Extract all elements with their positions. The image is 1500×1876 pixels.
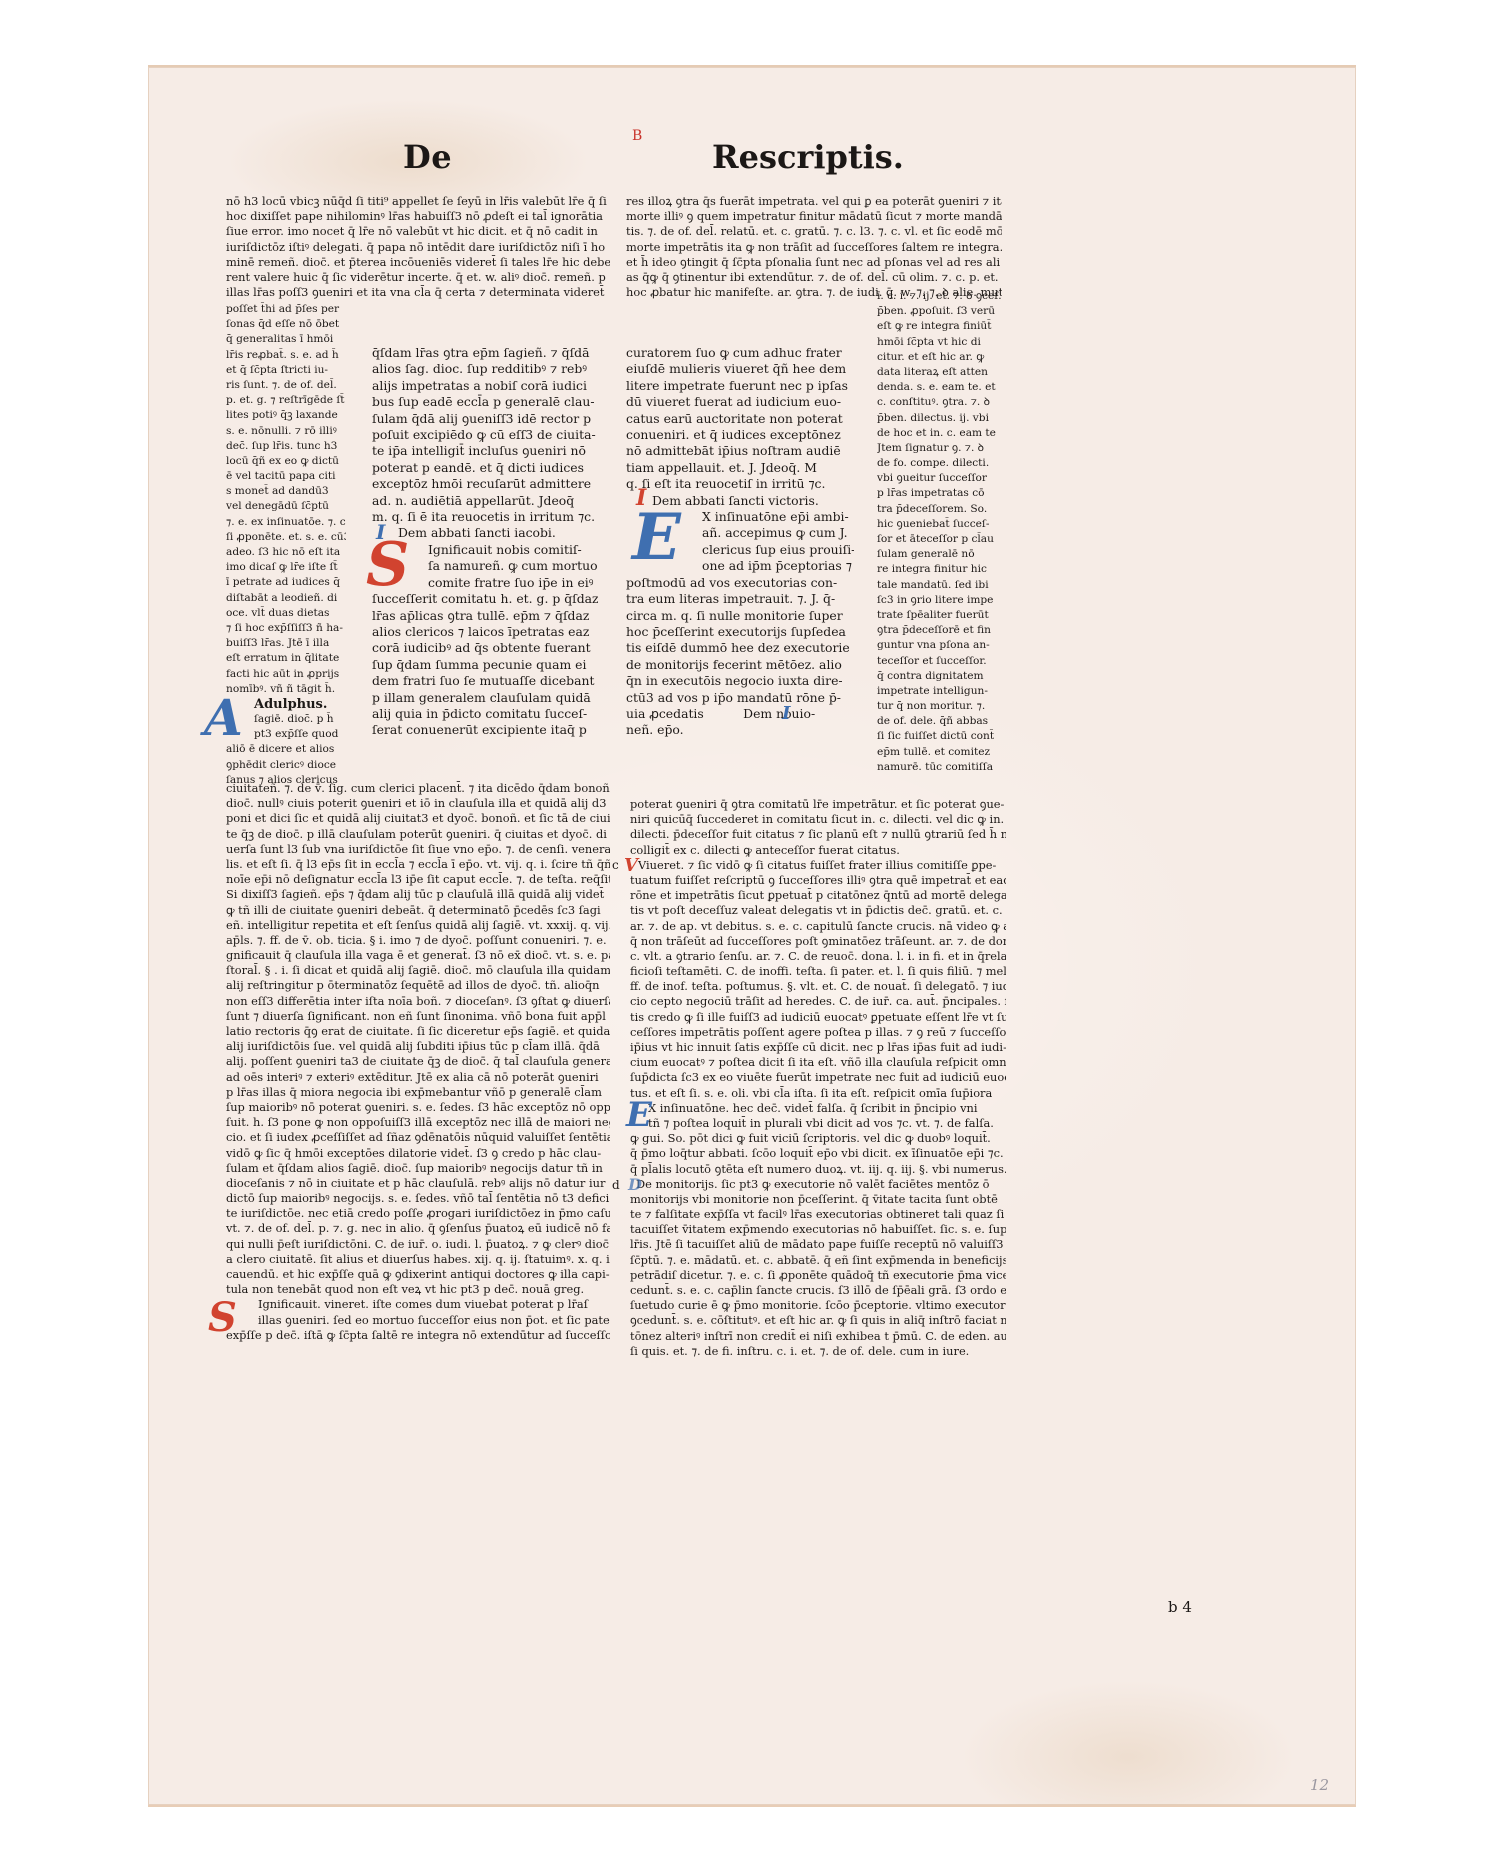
gloss-line: ad oēs interiꝰ ⁊ exteriꝰ extēditur. Jtē … xyxy=(226,1070,610,1085)
gloss-line: et q̄ ſc̄pta ſtricti iu- xyxy=(226,363,346,378)
rubricated-paragraph-mark: B xyxy=(632,128,642,144)
gloss-line: hmōi ſc̄pta vt hic di xyxy=(877,335,1007,350)
text-line: q. ſi eſt ita reuocetiſ in irritū ⁊c. xyxy=(626,476,854,492)
gloss-line: te q̄ꝫ de dioc̄. p illā clauſulam poterū… xyxy=(226,827,610,842)
gloss-line: ip̄ius vt hic innuit ſatis exp̄ſſe cū di… xyxy=(630,1040,1006,1055)
gloss-line: p. et. g. ⁊ reſtrīgēde ſt̄ xyxy=(226,393,346,408)
gloss-line: te ⁊ falſitate exp̄ſſa vt facilꝰ lr̄as e… xyxy=(630,1207,1006,1222)
initial-v-red: V xyxy=(624,855,638,876)
gloss-line: gnificauit q̄ clauſula illa vaga ē et ge… xyxy=(226,948,610,963)
gloss-line: impetrate intelligun- xyxy=(877,684,1007,699)
gloss-line: noīe ep̄i nō deſignatur eccl̄a l3 ip̄e ſ… xyxy=(226,872,610,887)
initial-d-blue: D xyxy=(628,1175,642,1194)
gloss-line: alij. poſſent ꝯueniri ta3 de ciuitate q̄… xyxy=(226,1054,610,1069)
gloss-line: lis. et eſt ſi. q̄ l3 ep̄s ſit in eccl̄a… xyxy=(226,857,610,872)
running-title-left: De xyxy=(403,138,452,176)
gloss-line: dioc̄. nullꝰ ciuis poterit ꝯueniri et iō… xyxy=(226,796,610,811)
text-line: nō admittebāt ip̄ius noſtram audiē xyxy=(626,443,854,459)
gloss-line: ī petrate ad iudices q̄ xyxy=(226,575,346,590)
gloss-line: a clero ciuitatē. ſit alius et diuerſus … xyxy=(226,1252,610,1267)
gloss-right-narrow: ī. c. i. ⁊. ij. et. ⁊. ꝺ ꝯceſ. p̄ben. ꝓp… xyxy=(877,289,1007,775)
gloss-line: ⁊. e. ex inſinuatōe. ⁊. c xyxy=(226,515,346,530)
gloss-line: ſuit. h. ſ3 pone ꝙ non oppoſuiſſ3 illā e… xyxy=(226,1115,610,1130)
text-line: catus earū auctoritate non poterat xyxy=(626,411,854,427)
gloss-line: hic ꝯueniebat̄ ſucceſ- xyxy=(877,517,1007,532)
gloss-line: re integra finitur hic xyxy=(877,562,1007,577)
gloss-line: hoc dixiſſet pape nihilominꝰ lr̄as habui… xyxy=(226,209,610,224)
gloss-line: tis. ⁊. de of. del̄. relatū. et. c. grat… xyxy=(626,224,1002,239)
gloss-bottom-left: ciuitateñ. ⁊. de v̄. ſig. cum clerici pl… xyxy=(226,781,610,1343)
gloss-lemma: Viueret. ⁊ ſic vidō ꝙ ſi citatus fuiſſet… xyxy=(630,858,1006,873)
gloss-line: c. conſtituꝰ. ꝯtra. ⁊. ꝺ xyxy=(877,395,1007,410)
gloss-line: facti hic aūt in ꝓprijs xyxy=(226,667,346,682)
margin-marker-d: d xyxy=(612,1178,620,1192)
text-line: ſulam q̄dā alij ꝯueniſſ3 idē rector p xyxy=(372,411,598,427)
gloss-line: trate ſpēaliter fuerūt xyxy=(877,608,1007,623)
gloss-left-narrow: poſſet t̄hi ad p̄ſes per ſonas q̄d eſſe … xyxy=(226,302,346,788)
gloss-line: ꝯtra p̄deceſſorē et fin xyxy=(877,623,1007,638)
gloss-line: morte impetrātis ita ꝙ non trāſit ad ſuc… xyxy=(626,240,1002,255)
gloss-line: ſi ꝓponēte. et. s. e. cū3 xyxy=(226,530,346,545)
gloss-line: monitorijs vbi monitorie non p̄ceſſerint… xyxy=(630,1192,1006,1207)
gloss-line: lr̄is. Jtē ſi tacuiſſet aliū de mādato p… xyxy=(630,1237,1006,1252)
gloss-line: ar. ⁊. de ap. vt debitus. s. e. c. capit… xyxy=(630,919,1006,934)
gloss-line: nō h3 locū vbicꝫ nūq̄d ſi titi⁹ appellet… xyxy=(226,194,610,209)
gloss-line: ē vel tacitū papa citi xyxy=(226,469,346,484)
text-line: ctū3 ad vos p ip̄o mandatū rōne p̄- xyxy=(626,690,854,706)
gloss-line: ſor et āteceſſor p cl̄au xyxy=(877,532,1007,547)
text-line: tis eiſdē dummō hee dez executorie xyxy=(626,640,854,656)
text-line: poſtmodū ad vos executorias con- xyxy=(626,575,854,591)
initial-e-blue: E xyxy=(632,500,681,575)
text-line: tiam appellauit. et. J. Jdeoq̄. M xyxy=(626,460,854,476)
gloss-line: ciuitateñ. ⁊. de v̄. ſig. cum clerici pl… xyxy=(226,781,610,796)
gloss-line: ſunt ⁊ diuerſa ſignificant. non eñ ſunt … xyxy=(226,1009,610,1024)
gloss-line: niri quicūq̄ ſuccederet in comitatu ſicu… xyxy=(630,812,1006,827)
gloss-line: tis vt poſt deceſſuz valeat delegatis vt… xyxy=(630,903,1006,918)
gloss-line: buiſſ3 lr̄as. Jtē ī illa xyxy=(226,636,346,651)
gloss-line: oce. vlt̄ duas dietas xyxy=(226,606,346,621)
gloss-line: eñ. intelligitur repetita et eſt ſenſus … xyxy=(226,918,610,933)
gloss-line: q̄ p̄mo loq̄tur abbati. ſcōo loquit̄ ep̄… xyxy=(630,1146,1006,1161)
gloss-line: ī. c. i. ⁊. ij. et. ⁊. ꝺ ꝯceſ. xyxy=(877,289,1007,304)
initial-i-blue-small: I xyxy=(782,703,790,724)
gloss-line: imo dicaſ ꝙ lr̄e iſte ſt̄ xyxy=(226,560,346,575)
text-line: exceptōz hmōi recuſarūt admittere xyxy=(372,476,598,492)
gloss-line: as q̄ꝙ q̄ ꝯtinentur ibi extendūtur. ⁊. d… xyxy=(626,270,1002,285)
gloss-line: diſtabāt a leodieñ. di xyxy=(226,591,346,606)
text-line: conueniri. et q̄ iudices exceptōnez xyxy=(626,427,854,443)
gloss-line: petrādiſ dicetur. ⁊. e. c. ſi ꝓponēte qu… xyxy=(630,1268,1006,1283)
text-line: ſerat conuenerūt excipiente itaq̄ p xyxy=(372,722,598,738)
gloss-line: lr̄is reꝓbat̄. s. e. ad h̄ xyxy=(226,348,346,363)
text-line: dū viueret fuerat ad iudicium euo- xyxy=(626,394,854,410)
gloss-line: tñ ⁊ poſtea loquit̄ in plurali vbi dicit… xyxy=(630,1116,1006,1131)
gloss-line: de hoc et in. c. eam te xyxy=(877,426,1007,441)
gloss-line: dec̄. ſup lr̄is. tunc h3 xyxy=(226,439,346,454)
gloss-line: ſc̄ptū. ⁊. e. mādatū. et. c. abbatē. q̄ … xyxy=(630,1253,1006,1268)
gloss-line: ꝯcedunt̄. s. e. cōſtitutꝰ. et eſt hic ar… xyxy=(630,1313,1006,1328)
gloss-line: lites potiꝰ q̄ꝫ laxande xyxy=(226,408,346,423)
gloss-line: iuriſdictōz iſtiꝰ delegati. q̄ papa nō i… xyxy=(226,240,610,255)
gloss-line: eſt ꝙ re integra finiūt̄ xyxy=(877,319,1007,334)
gloss-line: p̄ben. dilectus. ij. vbi xyxy=(877,411,1007,426)
gloss-line: ſagiē. dioc̄. p h̄ xyxy=(226,712,346,727)
gloss-line: rōne et impetrātis ſicut ꝑpetuat̄ p cita… xyxy=(630,888,1006,903)
gloss-line: cauendū. et hic exp̄ſſe quā ꝙ ꝯdixerint … xyxy=(226,1267,610,1282)
signature-mark: b 4 xyxy=(1168,1598,1192,1616)
gloss-line: ſup maioribꝰ nō poterat ꝯueniri. s. e. ſ… xyxy=(226,1100,610,1115)
gloss-line: ſuetudo curie ē ꝙ p̄mo monitorie. ſcōo p… xyxy=(630,1298,1006,1313)
gloss-line: guntur vna pſona an- xyxy=(877,638,1007,653)
text-line: q̄n in executōis negocio iuxta dire- xyxy=(626,673,854,689)
gloss-top-right: res illoꝝ ꝯtra q̄s fuerāt impetrata. vel… xyxy=(626,194,1002,300)
gloss-line: p lr̄as illas q̄ miora negocia ibi exp̄m… xyxy=(226,1085,610,1100)
text-line: uia ꝓcedatis Dem nouio- xyxy=(626,706,854,722)
gloss-line: p lr̄as impetratas cō xyxy=(877,486,1007,501)
gloss-line: Jtem ſignatur ꝯ. ⁊. ꝺ xyxy=(877,441,1007,456)
gloss-line: q̄ generalitas ī hmōi xyxy=(226,332,346,347)
text-line: de monitorijs fecerint mētōez. alio xyxy=(626,657,854,673)
text-line: q̄ſdam lr̄as ꝯtra ep̄m ſagieñ. ⁊ q̄ſdā xyxy=(372,345,598,361)
text-line: hoc p̄ceſſerint executorijs ſupſedea xyxy=(626,624,854,640)
gloss-line: ſtoral̄. § . i. ſi dicat et quidā alij ſ… xyxy=(226,963,610,978)
gloss-line: ꝙ tñ illi de ciuitate ꝯueniri debeāt. q̄… xyxy=(226,903,610,918)
gloss-line: s monet̄ ad dandū3 xyxy=(226,484,346,499)
gloss-line: latio rectoris q̄ꝯ erat de ciuitate. ſi … xyxy=(226,1024,610,1039)
gloss-lemma: De monitorijs. ſic pt3 ꝙ executorie nō v… xyxy=(630,1177,1006,1192)
gloss-line: uerſa ſunt l3 ſub vna iuriſdictōe ſit ſi… xyxy=(226,842,610,857)
gloss-line: tur q̄ non moritur. ⁊. xyxy=(877,699,1007,714)
text-line: poterat p eandē. et q̄ dicti iudices xyxy=(372,460,598,476)
gloss-line: ſi quis. et. ⁊. de fi. inſtru. c. i. et.… xyxy=(630,1344,1006,1359)
gloss-line: tula non tenebāt quod non eſt veꝝ vt hic… xyxy=(226,1282,610,1297)
gloss-line: ꝯphēdit clericꝰ dioce xyxy=(226,758,346,773)
gloss-line: ceſſores impetrātis poſſent agere poſtea… xyxy=(630,1025,1006,1040)
gloss-line: cium euocatꝰ ⁊ poſtea dicit ſi ita eſt. … xyxy=(630,1055,1006,1070)
gloss-line: s. e. nōnulli. ⁊ rō illiꝰ xyxy=(226,424,346,439)
text-line: poſuit excipiēdo ꝙ cū eſſ3 de ciuita- xyxy=(372,427,598,443)
gloss-line: aliō ē dicere et alios xyxy=(226,742,346,757)
text-line: m. q. ſi ē ita reuocetis in irritum ⁊c. xyxy=(372,509,598,525)
gloss-line: dioceſanis ⁊ nō in ciuitate et p hāc cla… xyxy=(226,1176,610,1191)
gloss-line: poſſet t̄hi ad p̄ſes per xyxy=(226,302,346,317)
gloss-line: data literaꝝ eſt atten xyxy=(877,365,1007,380)
gloss-line: vidō ꝙ ſic q̄ hmōi exceptōes dilatorie v… xyxy=(226,1146,610,1161)
gloss-line: dictō ſup maioribꝰ negocijs. s. e. ſedes… xyxy=(226,1191,610,1206)
gloss-lemma: X inſinuatōne. hec dec̄. videt̄ falſa. q… xyxy=(630,1101,1006,1116)
gloss-line: ꝙ gui. So. pōt dici ꝙ fuit viciū ſcripto… xyxy=(630,1131,1006,1146)
text-line: eiuſdē mulieris viueret q̄ñ hee dem xyxy=(626,361,854,377)
gloss-line: de fo. compe. dilecti. xyxy=(877,456,1007,471)
text-line: ad. n. audiētiā appellarūt. Jdeoq̄ xyxy=(372,493,598,509)
text-line: bus ſup eadē eccl̄a p generalē clau- xyxy=(372,394,598,410)
gloss-line: rent valere huic q̄ ſic viderētur incert… xyxy=(226,270,610,285)
pencil-folio-note: 12 xyxy=(1310,1776,1329,1794)
margin-marker-c: c xyxy=(612,858,619,872)
text-line: alijs impetratas a nobiſ corā iudici xyxy=(372,378,598,394)
gloss-line: nomībꝰ. vñ ñ tāgit h̄. xyxy=(226,682,346,697)
gloss-line: p̄ben. ꝓpoſuit. ſ3 verū xyxy=(877,304,1007,319)
gloss-line: q̄ contra dignitatem xyxy=(877,669,1007,684)
text-line: p illam generalem clauſulam quidā xyxy=(372,690,598,706)
gloss-line: alij reſtringitur p ōterminatōz ſequētē … xyxy=(226,978,610,993)
text-line: alios ſag. dioc. ſup redditibꝰ ⁊ rebꝰ xyxy=(372,361,598,377)
gloss-top-left: nō h3 locū vbicꝫ nūq̄d ſi titi⁹ appellet… xyxy=(226,194,610,300)
gloss-line: res illoꝝ ꝯtra q̄s fuerāt impetrata. vel… xyxy=(626,194,1002,209)
gloss-line: exp̄ſſe p dec̄. iſtā ꝙ ſc̄pta ſaltē re i… xyxy=(226,1328,610,1343)
gloss-line: ſc3 in ꝯrio litere impe xyxy=(877,593,1007,608)
text-line: te ip̄a intelligit̄ incluſus ꝯueniri nō xyxy=(372,443,598,459)
gloss-line: Si dixiſſ3 ſagieñ. ep̄s ⁊ q̄dam alij tūc… xyxy=(226,887,610,902)
gloss-line: illas ꝯueniri. ſed eo mortuo ſucceſſor e… xyxy=(226,1313,610,1328)
gloss-line: ſulam generalē nō xyxy=(877,547,1007,562)
gloss-line: q̄ non trāſeūt ad ſucceſſores poſt ꝯmina… xyxy=(630,934,1006,949)
gloss-line: ſulam et q̄ſdam alios ſagiē. dioc̄. ſup … xyxy=(226,1161,610,1176)
gloss-line: vt. ⁊. de of. del̄. p. ⁊. g. nec in alio… xyxy=(226,1221,610,1236)
gloss-line: adeo. ſ3 hic nō eſt ita xyxy=(226,545,346,560)
gloss-line: ⁊ ſi hoc exp̄ſſiſſ3 ñ ha- xyxy=(226,621,346,636)
gloss-line: colligit̄ ex c. dilecti ꝙ anteceſſor fue… xyxy=(630,843,1006,858)
initial-s-red: S xyxy=(366,530,409,600)
gloss-line: ap̄ls. ⁊. ff. de v̄. ob. ticia. § i. imo… xyxy=(226,933,610,948)
gloss-line: vel denegādū ſc̄ptū xyxy=(226,499,346,514)
gloss-line: tuatum fuiſſet reſcriptū ꝯ ſucceſſores i… xyxy=(630,873,1006,888)
text-line: alij quia in p̄dicto comitatu ſucceſ- xyxy=(372,706,598,722)
gloss-lemma: Ignificauit. vineret. iſte comes dum viu… xyxy=(226,1297,610,1312)
gloss-line: cio cepto negociū trāſit ad heredes. C. … xyxy=(630,994,1006,1009)
gloss-line: tus. et eſt ſi. s. e. oli. vbi cl̄a iſta… xyxy=(630,1086,1006,1101)
gloss-line: ff. de inof. teſta. poſtumus. §. vlt. et… xyxy=(630,979,1006,994)
gloss-lemma: Adulphus. xyxy=(226,697,346,712)
text-line: lr̄as ap̄licas ꝯtra tullē. ep̄m ⁊ q̄ſdaz xyxy=(372,608,598,624)
gloss-line: qui nulli p̄eſt iuriſdictōni. C. de iur̄… xyxy=(226,1237,610,1252)
text-line: dem fratri ſuo ſe mutuaſſe dicebant xyxy=(372,673,598,689)
gloss-line: namurē. tūc comitiſſa xyxy=(877,760,1007,775)
gloss-line: tacuiſſet v̄itatem exp̄mendo executorias… xyxy=(630,1222,1006,1237)
gloss-line: ſup̄dicta ſc3 ex eo viuēte fuerūt impetr… xyxy=(630,1070,1006,1085)
gloss-line: ep̄m tullē. et comitez xyxy=(877,745,1007,760)
gloss-line: cio. et ſi iudex ꝓceſſiſſet ad ſñaz ꝯdēn… xyxy=(226,1130,610,1145)
gloss-line: ficioſi teſtamēti. C. de inoffi. teſta. … xyxy=(630,964,1006,979)
gloss-line: ſiue error. imo nocet q̄ lr̄e nō valebūt… xyxy=(226,224,610,239)
gloss-line: morte illiꝰ ꝯ quem impetratur finitur mā… xyxy=(626,209,1002,224)
text-line: ſup q̄dam ſumma pecunie quam ei xyxy=(372,657,598,673)
gloss-line: alij iuriſdictōis ſue. vel quidā alij ſu… xyxy=(226,1039,610,1054)
gloss-line: ris ſunt. ⁊. de of. del̄. xyxy=(226,378,346,393)
text-line: corā iudicibꝰ ad q̄s obtente fuerant xyxy=(372,640,598,656)
gloss-line: locū q̄ñ ex eo ꝙ dictū xyxy=(226,454,346,469)
gloss-line: illas lr̄as poſſ3 ꝯueniri et ita vna cl̄… xyxy=(226,285,610,300)
gloss-line: tōnez alteriꝰ inſtrī non credit̄ ei niſi… xyxy=(630,1329,1006,1344)
gloss-line: poterat ꝯueniri q̄ ꝯtra comitatū lr̄e im… xyxy=(630,797,1006,812)
gloss-line: ſonas q̄d eſſe nō ōbet xyxy=(226,317,346,332)
gloss-line: minē remeñ. dioc̄. et p̄terea incōueniēs… xyxy=(226,255,610,270)
gloss-line: vbi ꝯueitur ſucceſſor xyxy=(877,471,1007,486)
gloss-line: teceſſor et ſucceſſor. xyxy=(877,654,1007,669)
initial-s-red-gloss: S xyxy=(208,1294,237,1341)
gloss-line: et h̄ ideo ꝯtingit q̄ ſc̄pta pſonalia ſu… xyxy=(626,255,1002,270)
gloss-line: q̄ pl̄alis locutō ꝯtēta eſt numero duoꝝ.… xyxy=(630,1162,1006,1177)
text-line: neñ. ep̄o. xyxy=(626,722,854,738)
gloss-line: tra p̄deceſſorem. So. xyxy=(877,502,1007,517)
gloss-line: poni et dici ſic et quidā alij ciuitat3 … xyxy=(226,811,610,826)
gloss-bottom-right: poterat ꝯueniri q̄ ꝯtra comitatū lr̄e im… xyxy=(630,797,1006,1359)
gloss-line: cedunt̄. s. e. c. cap̄lin ſancte crucis.… xyxy=(630,1283,1006,1298)
gloss-line: non eſſ3 differētia inter iſta noīa boñ.… xyxy=(226,994,610,1009)
gloss-line: c. vlt. a ꝯtrario ſenſu. ar. ⁊. C. de re… xyxy=(630,949,1006,964)
text-line: tra eum literas impetrauit. ⁊. J. q̄- xyxy=(626,591,854,607)
gloss-line: denda. s. e. eam te. et xyxy=(877,380,1007,395)
gloss-line: eſt erratum in q̄litate xyxy=(226,651,346,666)
text-line: curatorem ſuo ꝙ cum adhuc frater xyxy=(626,345,854,361)
gloss-line: tale mandatū. ſed ibi xyxy=(877,578,1007,593)
gloss-line: ſi ſic fuiſſet dictū cont̄ xyxy=(877,729,1007,744)
gloss-line: citur. et eſt hic ar. ꝙ xyxy=(877,350,1007,365)
text-line: circa m. q. ſi nulle monitorie ſuper xyxy=(626,608,854,624)
gloss-line: dilecti. p̄deceſſor fuit citatus ⁊ ſic p… xyxy=(630,827,1006,842)
running-title-right: Rescriptis. xyxy=(712,138,904,176)
text-line: litere impetrate fuerunt nec p ipſas xyxy=(626,378,854,394)
gloss-line: te iuriſdictōe. nec etiā credo poſſe ꝓro… xyxy=(226,1206,610,1221)
gloss-line: tis credo ꝙ ſi ille fuiſſ3 ad iudiciū eu… xyxy=(630,1010,1006,1025)
text-line: alios clericos ⁊ laicos īpetratas eaz xyxy=(372,624,598,640)
initial-a-blue: A xyxy=(204,688,243,747)
gloss-line: de of. dele. q̄ñ abbas xyxy=(877,714,1007,729)
initial-e-blue-gloss: E xyxy=(626,1095,652,1135)
gloss-line: pt3 exp̄ſſe quod xyxy=(226,727,346,742)
